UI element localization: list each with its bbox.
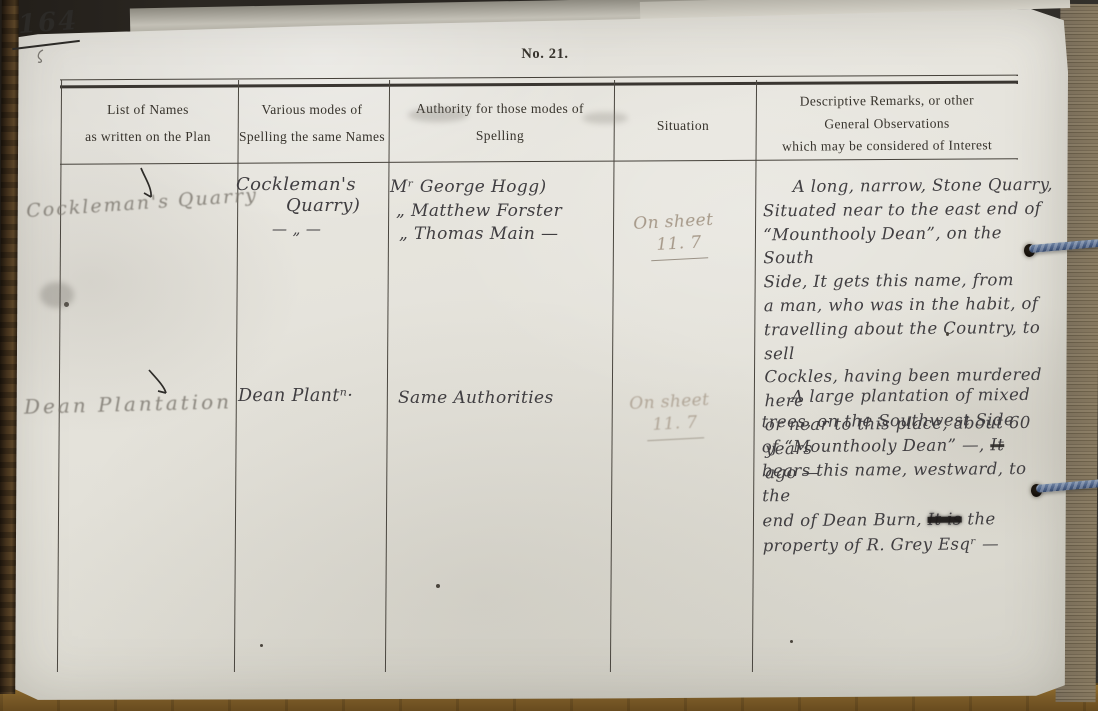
page-number: 164 [17,6,79,40]
header-line: which may be considered of Interest [756,134,1018,158]
remarks-line: “Mounthooly Dean”, on the South [763,220,1055,270]
table-top-rule-thick [60,81,1018,88]
column-rule-4 [610,80,616,672]
page-content: 164 No. 21. List of Names as written on … [0,0,1098,711]
column-rule-1 [57,80,63,672]
situation-number: 11. 7 [650,232,709,261]
header-line: Various modes of [238,96,386,123]
header-line: Situation [614,112,752,139]
column-rule-5 [752,80,758,672]
spelling-entry: Cockleman's Quarry) — „ — [236,174,360,238]
remarks-line: travelling about the Country, to sell [764,316,1056,366]
remarks-text: of “Mounthooly Dean” —, [762,435,991,456]
spelling-entry: Dean Plantⁿ· [238,386,353,406]
situation-entry: On sheet 11. 7 [629,390,712,442]
header-line: Spelling the same Names [238,123,386,150]
header-line: General Observations [756,112,1018,136]
authority-entry: Mʳ George Hogg) „ Matthew Forster „ Thom… [390,176,562,247]
table-top-rule-thin [60,75,1018,81]
header-situation: Situation [614,112,752,139]
header-authority: Authority for those modes of Spelling [389,95,611,149]
spelling-line: Quarry) [286,195,360,216]
header-descriptive-remarks: Descriptive Remarks, or other General Ob… [756,89,1018,158]
remarks-line: bears this name, westward, to the [762,457,1054,509]
paper-speck [436,584,440,588]
ditto-mark: — „ — [272,220,360,238]
header-line: Descriptive Remarks, or other [756,89,1018,113]
authority-line: „ Thomas Main — [399,223,562,247]
paper-speck [260,644,263,647]
header-bottom-rule [60,158,1018,165]
remarks-line: property of R. Grey Esqʳ — [763,532,1055,559]
column-rule-2 [234,80,240,672]
struck-text: It [990,435,1004,454]
header-list-of-names: List of Names as written on the Plan [61,96,235,150]
situation-sheet: On sheet [629,390,710,414]
pencil-squiggle-icon [34,48,48,64]
authority-line: Same Authorities [398,388,554,408]
paper-speck [790,640,793,643]
form-number: No. 21. [470,46,620,63]
authority-line: „ Matthew Forster [396,200,562,224]
spelling-line: Dean Plantⁿ· [238,386,353,406]
paper-speck [946,332,949,336]
remarks-text: the [962,509,996,528]
header-line: as written on the Plan [61,123,235,150]
authority-line: Mʳ George Hogg) [390,176,562,200]
situation-number: 11. 7 [646,412,705,441]
remarks-line: trees, on the Southwest Side [761,408,1053,435]
remarks-line: A large plantation of mixed [761,383,1053,410]
remarks-text: end of Dean Burn, [762,510,927,530]
header-modes-of-spelling: Various modes of Spelling the same Names [238,96,386,150]
header-line: List of Names [61,96,235,123]
remarks-line: a man, who was in the habit, of [764,292,1056,318]
remarks-line: Situated near to the east end of [763,197,1055,223]
ink-bleed-smudge [582,112,628,124]
remarks-line: Side, It gets this name, from [763,268,1055,294]
remarks-line: A long, narrow, Stone Quarry, [763,173,1055,199]
paper-speck [64,302,69,307]
name-on-plan-entry: Dean Plantation [24,389,233,418]
header-line: Spelling [389,122,611,149]
ink-bleed-smudge [408,108,468,122]
remarks-line: of “Mounthooly Dean” —, It [762,432,1054,459]
situation-sheet: On sheet [633,210,714,234]
column-rule-3 [385,80,391,672]
remarks-entry: A large plantation of mixed trees, on th… [761,383,1055,559]
remarks-line: end of Dean Burn, It is the [762,507,1054,534]
spelling-line: Cockleman's [236,174,360,195]
situation-entry: On sheet 11. 7 [633,210,716,262]
authority-entry: Same Authorities [398,388,554,408]
struck-text: It is [927,510,961,529]
